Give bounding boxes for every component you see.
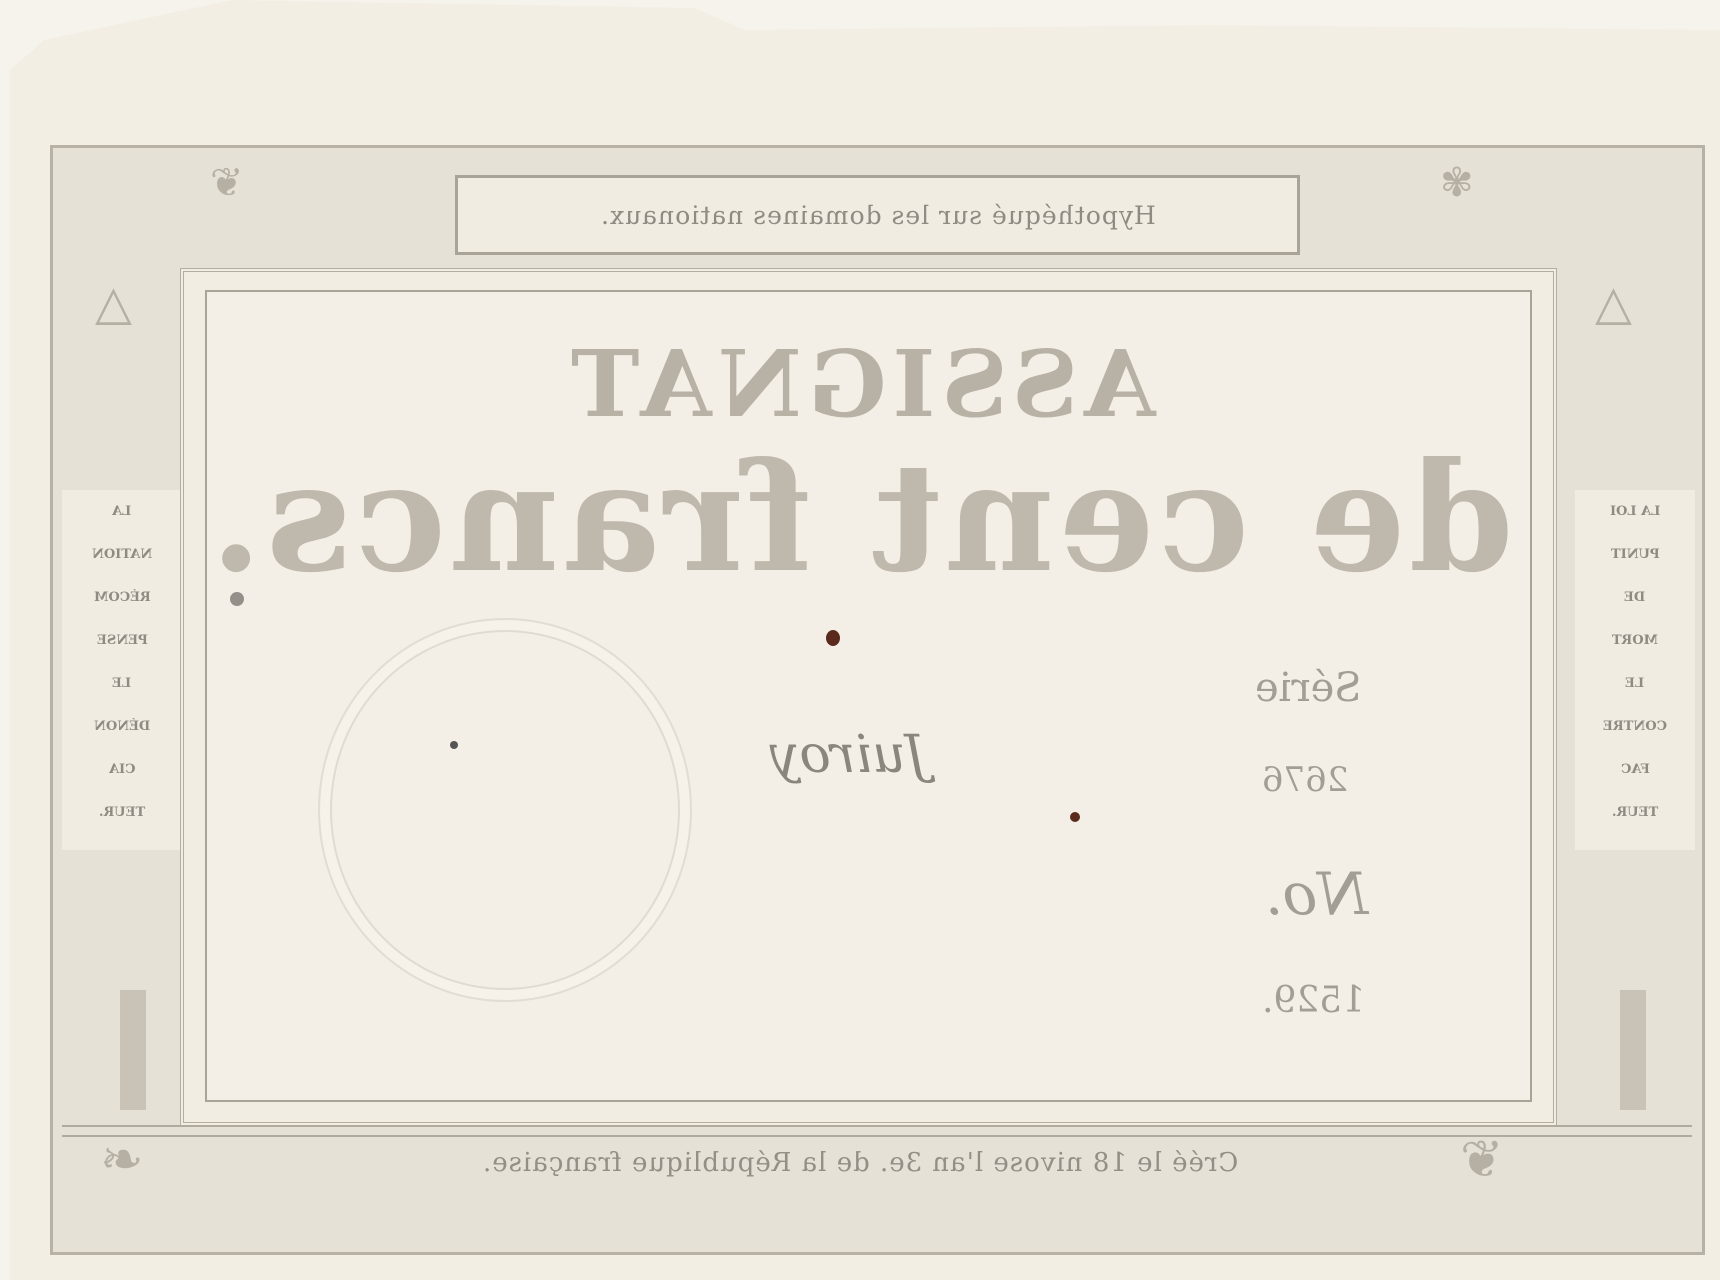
left-col-line: TEUR. xyxy=(99,791,145,834)
triangle-ornament-icon-right: △ xyxy=(1595,275,1632,331)
left-pillar xyxy=(120,990,146,1110)
serie-label: Série xyxy=(1255,665,1362,711)
title-line2-text: de cent francs. xyxy=(206,430,1514,606)
eagle-ornament-icon-left: ❦ xyxy=(210,160,244,206)
serie-number-text: 2676 xyxy=(1262,760,1349,800)
title-denomination: de cent francs. xyxy=(0,430,1720,606)
serie-number: 2676 xyxy=(1262,760,1349,800)
triangle-ornament-icon-left: △ xyxy=(95,275,132,331)
title-line1-text: ASSIGNAT xyxy=(565,330,1156,438)
right-col-line: CONTRE xyxy=(1603,705,1667,748)
right-col-line: TEUR. xyxy=(1612,791,1658,834)
period-dot xyxy=(230,592,244,606)
signature: Juiroy xyxy=(770,725,927,785)
creation-date-line: Créé le 18 nivose l'an 3e. de la Républi… xyxy=(0,1148,1720,1178)
number-label: No. xyxy=(1265,860,1368,928)
left-col-line: PENSE xyxy=(97,619,148,662)
embossed-seal-icon xyxy=(318,618,692,1002)
top-banner: Hypothéqué sur les domaines nationaux. xyxy=(455,175,1300,255)
number-value-text: 1529. xyxy=(1262,980,1365,1021)
creation-date-text: Créé le 18 nivose l'an 3e. de la Républi… xyxy=(482,1148,1238,1178)
left-col-line: CIA xyxy=(109,748,136,791)
flower-ornament-icon-right: ✾ xyxy=(1440,160,1474,206)
left-col-line: LE xyxy=(112,662,131,705)
right-col-line: MORT xyxy=(1612,619,1658,662)
ink-dot xyxy=(450,741,458,749)
title-assignat: ASSIGNAT xyxy=(0,330,1720,438)
right-col-line: FAC xyxy=(1621,748,1650,791)
serie-label-text: Série xyxy=(1255,665,1362,711)
right-col-line: LE xyxy=(1625,662,1644,705)
banner-text: Hypothéqué sur les domaines nationaux. xyxy=(600,201,1156,230)
bottom-divider xyxy=(62,1125,1692,1137)
ink-stain xyxy=(826,630,840,646)
right-pillar xyxy=(1620,990,1646,1110)
number-label-text: No. xyxy=(1265,860,1368,928)
ink-stain xyxy=(1070,812,1080,822)
signature-text: Juiroy xyxy=(770,725,927,785)
left-col-line: DÉNON xyxy=(94,705,150,748)
number-value: 1529. xyxy=(1262,980,1365,1021)
